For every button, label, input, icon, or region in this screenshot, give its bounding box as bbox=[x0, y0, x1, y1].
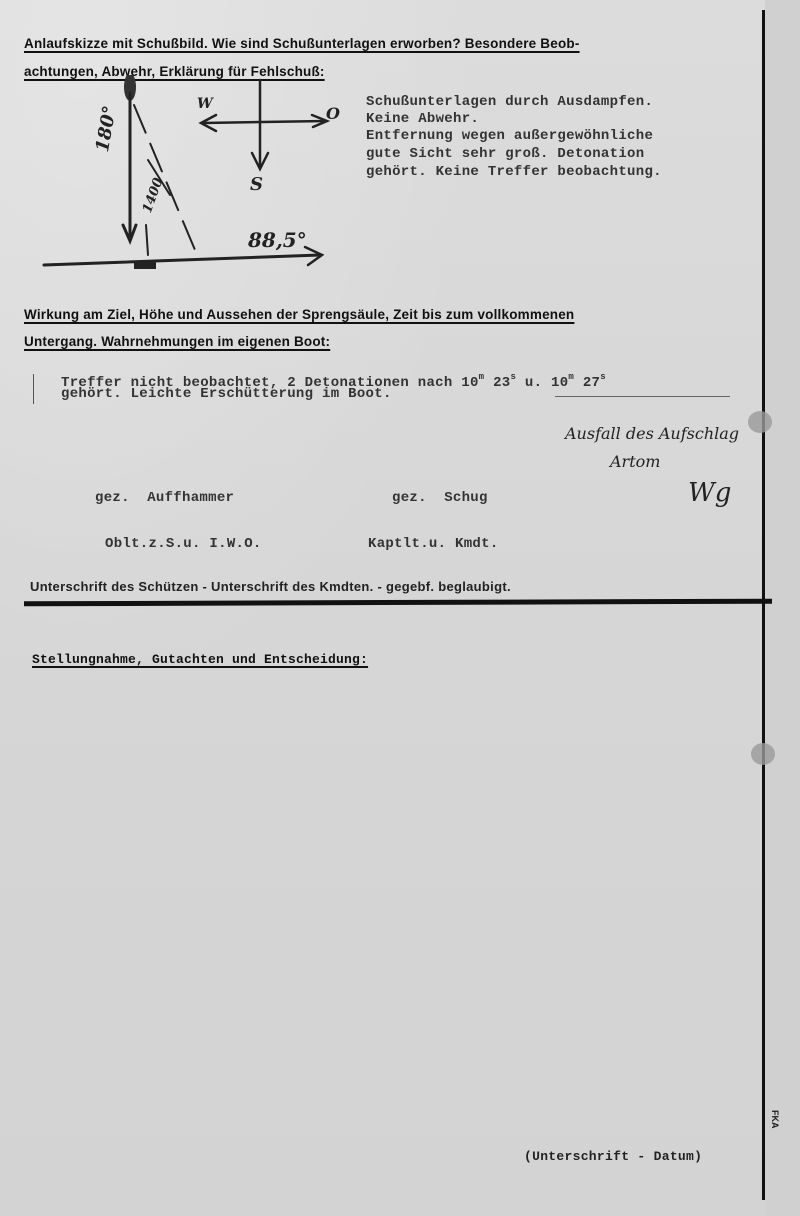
compass-south-label: S bbox=[250, 174, 263, 195]
compass-west-label: W bbox=[197, 96, 213, 112]
ink-blot bbox=[748, 411, 772, 433]
margin-mark bbox=[33, 374, 34, 404]
signature-right-name: gez. Schug bbox=[392, 490, 488, 507]
note-line: Entfernung wegen außergewöhnliche bbox=[366, 128, 653, 145]
margin-stamp: FKA bbox=[770, 1110, 780, 1129]
document-page: Anlaufskizze mit Schußbild. Wie sind Sch… bbox=[0, 0, 800, 1216]
time1-sec: 23 bbox=[493, 375, 510, 391]
section3-heading: Stellungnahme, Gutachten und Entscheidun… bbox=[32, 652, 368, 667]
note-line: Schußunterlagen durch Ausdampfen. bbox=[366, 94, 653, 111]
handwritten-note-line2: Artom bbox=[610, 452, 660, 471]
time2-min: 10 bbox=[551, 375, 568, 391]
section2-heading-line1: Wirkung am Ziel, Höhe und Aussehen der S… bbox=[24, 307, 574, 322]
time1-min: 10 bbox=[461, 375, 478, 391]
conjunction: u. bbox=[516, 375, 551, 391]
time2-sec: 27 bbox=[583, 375, 600, 391]
note-line: gehört. Keine Treffer beobachtung. bbox=[366, 164, 662, 181]
note-line: gute Sicht sehr groß. Detonation bbox=[366, 146, 644, 163]
signature-right-rank: Kaptlt.u. Kmdt. bbox=[368, 536, 499, 553]
section1-heading-line1: Anlaufskizze mit Schußbild. Wie sind Sch… bbox=[24, 36, 580, 51]
time2-sec-unit: s bbox=[600, 372, 606, 382]
compass-east-label: O bbox=[326, 104, 340, 123]
section2-heading-line2: Untergang. Wahrnehmungen im eigenen Boot… bbox=[24, 334, 330, 349]
handwritten-note-line1: Ausfall des Aufschlag bbox=[565, 424, 739, 443]
time1-min-unit: m bbox=[479, 372, 485, 382]
underline-mark bbox=[555, 396, 730, 397]
angle-label-885: 88,5° bbox=[248, 228, 307, 252]
note-line: Keine Abwehr. bbox=[366, 111, 479, 128]
right-margin-rule bbox=[762, 10, 765, 1200]
page-right-margin bbox=[765, 0, 800, 1216]
signature-left-name: gez. Auffhammer bbox=[95, 490, 234, 507]
time2-min-unit: m bbox=[568, 372, 574, 382]
signature-caption: Unterschrift des Schützen - Unterschrift… bbox=[30, 578, 511, 595]
section-divider bbox=[24, 599, 772, 607]
handwritten-initials: Wg bbox=[688, 478, 731, 508]
effect-line-2: gehört. Leichte Erschütterung im Boot. bbox=[61, 386, 392, 403]
ink-blot bbox=[751, 743, 775, 765]
signature-date-caption: (Unterschrift - Datum) bbox=[524, 1148, 702, 1165]
signature-left-rank: Oblt.z.S.u. I.W.O. bbox=[105, 536, 262, 553]
